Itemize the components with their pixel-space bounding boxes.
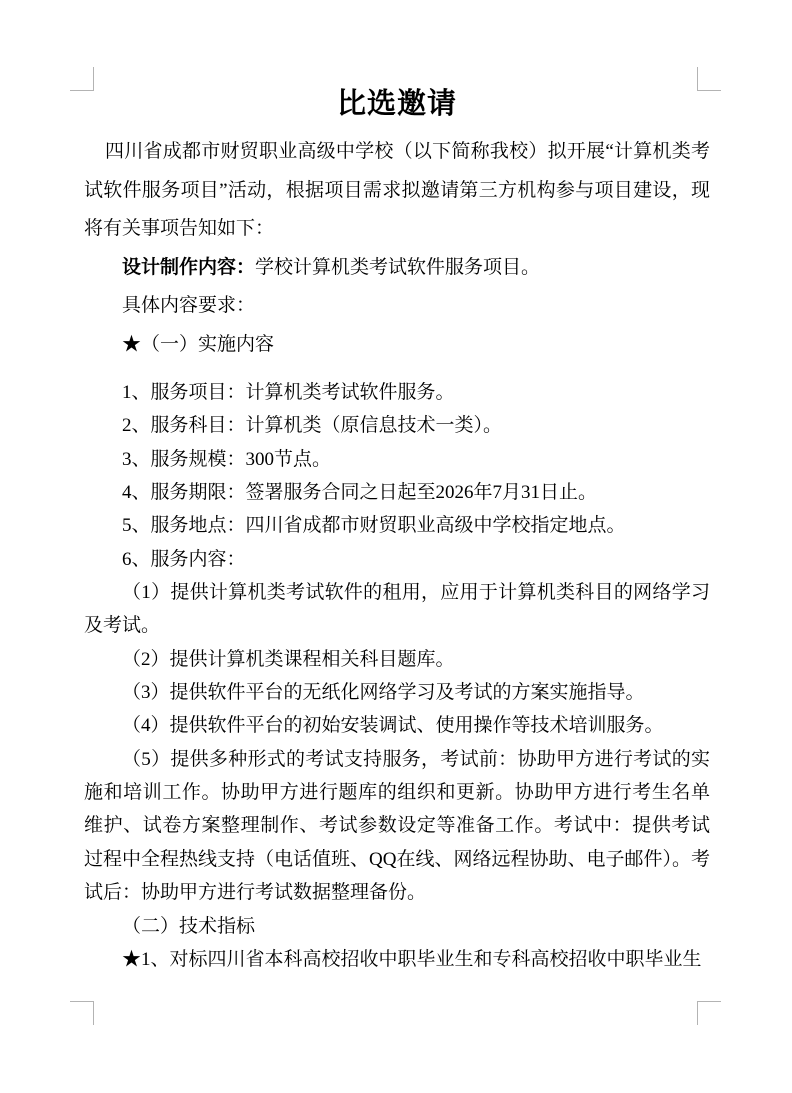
text-run: 3、服务规模：300节点。 bbox=[122, 449, 331, 470]
paragraph: ★（一）实施内容 bbox=[84, 326, 710, 365]
document-title: 比选邀请 bbox=[84, 84, 710, 124]
crop-mark-bottom-right bbox=[697, 1001, 721, 1025]
paragraph: ★1、对标四川省本科高校招收中职毕业生和专科高校招收中职毕业生 bbox=[84, 943, 710, 976]
text-run: 5、服务地点：四川省成都市财贸职业高级中学校指定地点。 bbox=[122, 515, 626, 536]
paragraph: 4、服务期限：签署服务合同之日起至2026年7月31日止。 bbox=[84, 476, 710, 509]
document-body: 四川省成都市财贸职业高级中学校（以下简称我校）拟开展“计算机类考试软件服务项目”… bbox=[84, 133, 710, 976]
bold-text-run: 设计制作内容： bbox=[122, 257, 255, 278]
text-run: （4）提供软件平台的初始安装调试、使用操作等技术培训服务。 bbox=[122, 715, 664, 736]
paragraph: （二）技术指标 bbox=[84, 910, 710, 943]
text-run: 学校计算机类考试软件服务项目。 bbox=[255, 257, 540, 278]
paragraph: 设计制作内容：学校计算机类考试软件服务项目。 bbox=[84, 249, 710, 288]
section-details: 1、服务项目：计算机类考试软件服务。2、服务科目：计算机类（原信息技术一类）。3… bbox=[84, 376, 710, 976]
text-run: 1、服务项目：计算机类考试软件服务。 bbox=[122, 382, 455, 403]
paragraph: 5、服务地点：四川省成都市财贸职业高级中学校指定地点。 bbox=[84, 509, 710, 542]
document-page: 比选邀请 四川省成都市财贸职业高级中学校（以下简称我校）拟开展“计算机类考试软件… bbox=[0, 0, 792, 1093]
text-run: 具体内容要求： bbox=[122, 295, 255, 316]
paragraph: （3）提供软件平台的无纸化网络学习及考试的方案实施指导。 bbox=[84, 676, 710, 709]
text-run: ★（一）实施内容 bbox=[122, 334, 274, 355]
paragraph: （5）提供多种形式的考试支持服务，考试前：协助甲方进行考试的实施和培训工作。协助… bbox=[84, 743, 710, 910]
section-preamble: 四川省成都市财贸职业高级中学校（以下简称我校）拟开展“计算机类考试软件服务项目”… bbox=[84, 133, 710, 364]
crop-mark-bottom-left bbox=[70, 1001, 94, 1025]
text-run: （二）技术指标 bbox=[122, 916, 255, 937]
paragraph: （1）提供计算机类考试软件的租用，应用于计算机类科目的网络学习及考试。 bbox=[84, 576, 710, 643]
paragraph: （4）提供软件平台的初始安装调试、使用操作等技术培训服务。 bbox=[84, 709, 710, 742]
text-run: 6、服务内容： bbox=[122, 549, 246, 570]
text-run: （5）提供多种形式的考试支持服务，考试前：协助甲方进行考试的实施和培训工作。协助… bbox=[84, 749, 710, 903]
text-run: （3）提供软件平台的无纸化网络学习及考试的方案实施指导。 bbox=[122, 682, 645, 703]
paragraph: 6、服务内容： bbox=[84, 543, 710, 576]
text-run: 四川省成都市财贸职业高级中学校（以下简称我校）拟开展“计算机类考试软件服务项目”… bbox=[84, 141, 710, 239]
text-run: ★1、对标四川省本科高校招收中职毕业生和专科高校招收中职毕业生 bbox=[122, 949, 702, 970]
paragraph: （2）提供计算机类课程相关科目题库。 bbox=[84, 643, 710, 676]
text-run: （2）提供计算机类课程相关科目题库。 bbox=[122, 649, 455, 670]
paragraph: 3、服务规模：300节点。 bbox=[84, 443, 710, 476]
text-run: 2、服务科目：计算机类（原信息技术一类）。 bbox=[122, 415, 502, 436]
paragraph: 四川省成都市财贸职业高级中学校（以下简称我校）拟开展“计算机类考试软件服务项目”… bbox=[84, 133, 710, 249]
paragraph: 具体内容要求： bbox=[84, 287, 710, 326]
paragraph: 2、服务科目：计算机类（原信息技术一类）。 bbox=[84, 409, 710, 442]
text-run: 4、服务期限：签署服务合同之日起至2026年7月31日止。 bbox=[122, 482, 597, 503]
paragraph: 1、服务项目：计算机类考试软件服务。 bbox=[84, 376, 710, 409]
text-run: （1）提供计算机类考试软件的租用，应用于计算机类科目的网络学习及考试。 bbox=[84, 582, 710, 636]
